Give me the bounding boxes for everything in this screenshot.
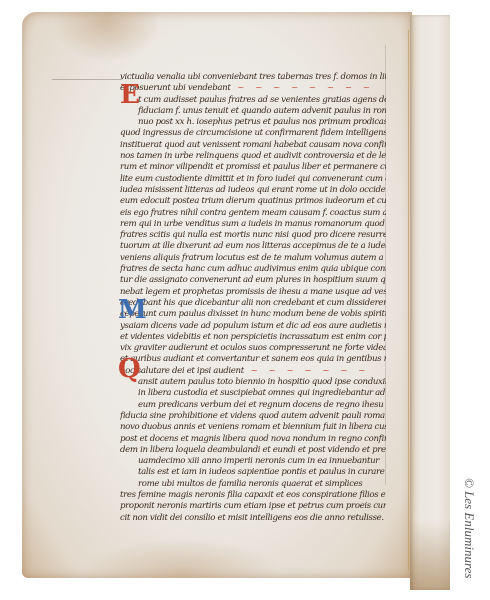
text-line: tuorum at ille dixerunt ad eum nos litte… (120, 241, 386, 252)
text-line: et auribus audiant et convertantur et sa… (120, 354, 386, 365)
text-line: eum edocuit postea trium dierum quatinus… (120, 196, 386, 207)
text-line: credebant his que dicebantur alii non cr… (120, 298, 386, 309)
facing-page-stain (410, 520, 450, 590)
text-line: post et docens et magnis libera quod nov… (120, 434, 386, 445)
text-line: ansit autem paulus toto biennio in hospi… (120, 377, 386, 388)
text-line: instituerat quod aut venissent romani ha… (120, 140, 386, 151)
red-line-fillers: ~ ~ ~ ~ ~ ~ ~ ~ (230, 83, 373, 93)
facing-page (410, 15, 450, 590)
text-line: novo duobus annis et veniens romam et bi… (120, 422, 386, 433)
text-line: nuo post xx h. iosephus petrus et paulus… (120, 117, 386, 128)
text-line: eis ego fratres nihil contra gentem meam… (120, 208, 386, 219)
text-line: ceperunt cum paulus dixisset in hunc mod… (120, 309, 386, 320)
text-line: hoc salutare dei et ipsi audient ~ ~ ~ ~… (120, 366, 386, 377)
text-line: rum et minor vilipendit et promissi et p… (120, 162, 386, 173)
text-line: tres femine magis neronis filia capaxit … (120, 490, 386, 501)
text-line: dem in libera loquela deambulandi et eun… (120, 445, 386, 456)
text-block: victualia venalia ubi conveniebant tres … (120, 72, 386, 524)
text-line: t cum audisset paulus fratres ad se veni… (120, 95, 386, 106)
gutter-line (408, 30, 409, 570)
text-line: quod ingressus de circumcisione ut confi… (120, 128, 386, 139)
text-line: fratres de secta hanc cum adhuc audivimu… (120, 264, 386, 275)
text-line: fiducia sine prohibitione et videns quod… (120, 411, 386, 422)
stain-bottom (82, 538, 282, 578)
text-line: veniens aliquis fratrum locutus est de t… (120, 253, 386, 264)
text-line: nebat legem et prophetas promissis de ih… (120, 287, 386, 298)
text-line: talis est et iam in iudeos sapientiae po… (120, 467, 386, 478)
text-line: exposuerunt ubi vendebant ~ ~ ~ ~ ~ ~ ~ … (120, 83, 386, 94)
red-initial-q: Q (118, 356, 141, 382)
text-line: rem qui in urbe venditus sum a iudeis in… (120, 219, 386, 230)
text-line: vix graviter audierunt et oculos suos co… (120, 343, 386, 354)
red-initial-e: E (120, 82, 140, 108)
text-line: iudea misissent litteras ad iudeos qui e… (120, 185, 386, 196)
text-line: ysaiam dicens vade ad populum istum et d… (120, 321, 386, 332)
copyright-watermark: © Les Enluminures (457, 478, 477, 598)
blue-initial-m: M (118, 297, 147, 323)
text-line: fratres scitis qui nulla est mortis nunc… (120, 230, 386, 241)
text-line: lite eum custodiente dimittit et in foro… (120, 174, 386, 185)
red-line-fillers: ~ ~ ~ ~ ~ ~ ~ (244, 366, 370, 376)
text-line: et videntes videbitis et non perspicieti… (120, 332, 386, 343)
text-line: uamdecimo xiii anno imperii neronis cum … (120, 456, 386, 467)
text-line: nos tamen in urbe relinquens quod et aud… (120, 151, 386, 162)
stain-top (52, 12, 162, 62)
text-line: cit non vidit dei consilio et misit inte… (120, 513, 386, 524)
text-line: in libera custodia et suscipiebat omnes … (120, 388, 386, 399)
text-line: rome ubi multos de familia neronis quaer… (120, 479, 386, 490)
text-line: proponit neronis martiris cum etiam ipse… (120, 501, 386, 512)
text-line: fiduciam f. unus tenuit et quando autem … (120, 106, 386, 117)
text-line: eum predicans verbum dei et regnum docen… (120, 400, 386, 411)
ruling-line (52, 79, 122, 80)
text-line: victualia venalia ubi conveniebant tres … (120, 72, 386, 83)
text-line: tur die assignato convenerunt ad eum plu… (120, 275, 386, 286)
